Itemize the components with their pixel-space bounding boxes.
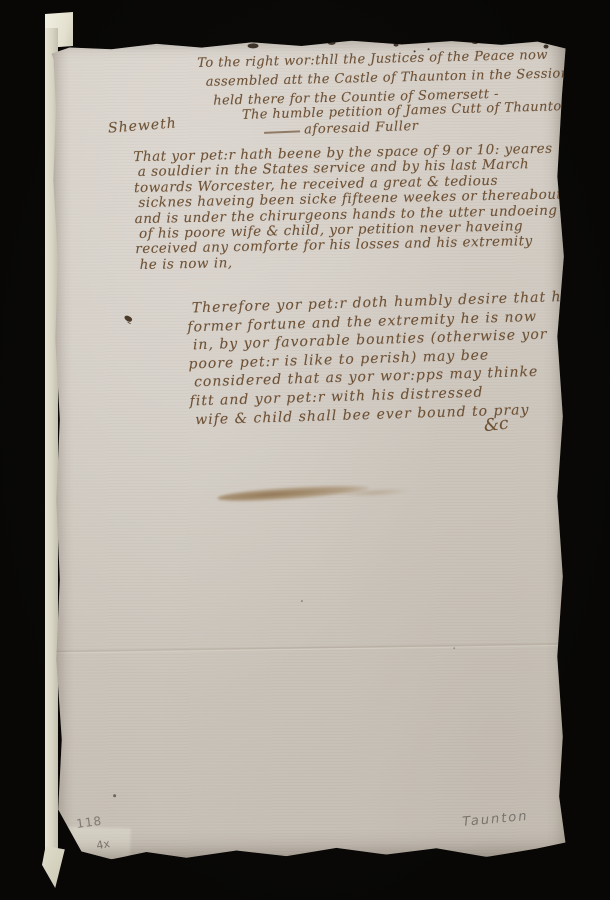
pencil-shelf-mark: 4x	[95, 837, 111, 852]
ink-blot	[123, 314, 132, 323]
horizontal-fold-crease	[55, 642, 569, 654]
petition-body-paragraph: That yor pet:r hath beene by the space o…	[133, 141, 571, 273]
foxing-dot	[301, 600, 303, 602]
repair-patch	[56, 826, 131, 860]
photograph-background: To the right wor:thll the Justices of th…	[0, 0, 610, 900]
foxing-dot	[113, 794, 116, 797]
petition-plea-paragraph: Therefore yor pet:r doth humbly desire t…	[187, 288, 579, 430]
edge-stain-speck	[248, 43, 259, 48]
foxing-dot	[453, 647, 455, 649]
binding-guard-bottom	[42, 846, 66, 888]
edge-stain-speck	[328, 41, 336, 45]
manuscript-page: To the right wor:thll the Justices of th…	[52, 36, 571, 859]
et-cetera-closing: &c	[483, 414, 510, 437]
edge-stain-speck	[394, 43, 399, 46]
petition-title-line: aforesaid Fuller	[304, 119, 419, 138]
edge-stain-speck	[472, 40, 479, 44]
pencil-place-name: Taunton	[462, 809, 529, 830]
ink-dash	[264, 130, 300, 133]
sheweth-side-word: Sheweth	[108, 115, 178, 136]
